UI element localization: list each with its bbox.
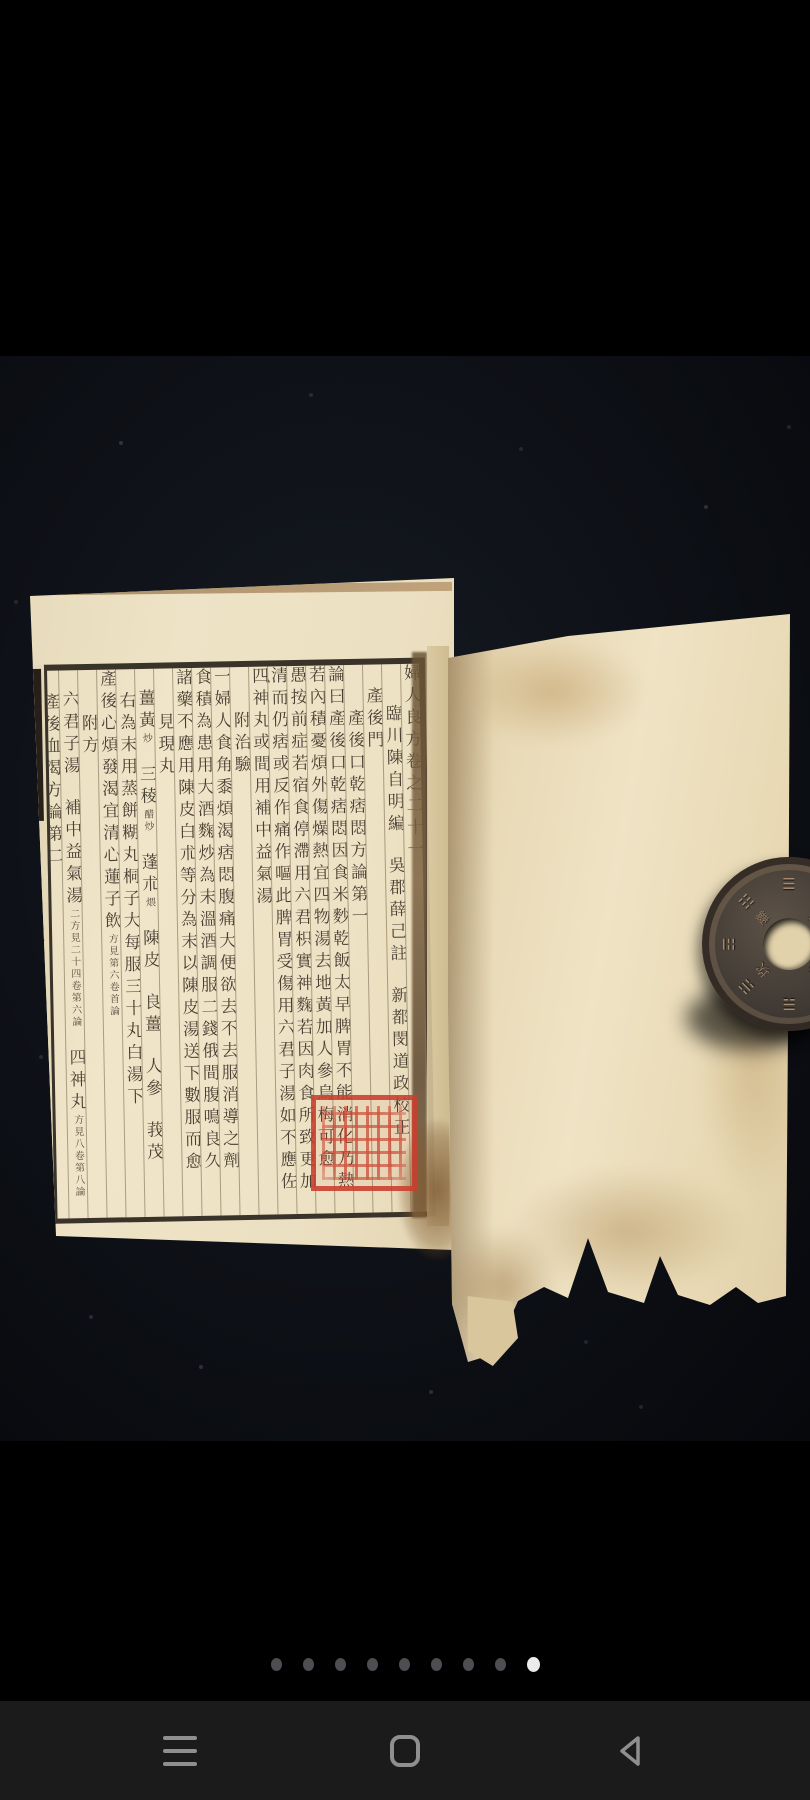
- trigram-mark: ☵: [735, 975, 757, 997]
- paper-stain: [458, 636, 648, 746]
- back-button[interactable]: [585, 1716, 675, 1786]
- carousel-dot: [367, 1658, 378, 1671]
- navigation-bar: [0, 1701, 810, 1800]
- carousel-dot: [271, 1658, 282, 1671]
- collector-seal: [311, 1095, 417, 1191]
- carousel-dots: [0, 1652, 810, 1676]
- book-photo[interactable]: 一 婦人良方卷之二十一臨川陳自明編吳郡薛己註新都閔道政校正產後門產後口乾痞悶方論…: [0, 356, 810, 1441]
- trigram-mark: ☶: [720, 937, 738, 950]
- carousel-dot: [399, 1658, 410, 1671]
- carousel-dot: [463, 1658, 474, 1671]
- page-number: 一: [34, 933, 45, 949]
- menu-icon: [163, 1736, 197, 1766]
- coin-hole: [763, 918, 810, 970]
- carousel-dot: [303, 1658, 314, 1671]
- carousel-dot-active: [527, 1657, 540, 1672]
- home-button[interactable]: [360, 1716, 450, 1786]
- trigram-mark: ☷: [735, 890, 757, 912]
- menu-button[interactable]: [135, 1716, 225, 1786]
- seal-script-marks: [322, 1106, 406, 1180]
- carousel-dot: [495, 1658, 506, 1671]
- phone-screen: 一 婦人良方卷之二十一臨川陳自明編吳郡薛己註新都閔道政校正產後門產後口乾痞悶方論…: [0, 0, 810, 1800]
- fold-black-bar-bottom: [36, 1097, 51, 1207]
- coin-character: 坎: [751, 960, 774, 983]
- home-icon: [390, 1735, 420, 1767]
- trigram-mark: ☰: [782, 875, 795, 893]
- carousel-dot: [431, 1658, 442, 1671]
- carousel-dot: [335, 1658, 346, 1671]
- fold-black-bar-top: [28, 669, 44, 821]
- back-icon: [614, 1733, 646, 1769]
- trigram-mark: ☴: [782, 995, 795, 1013]
